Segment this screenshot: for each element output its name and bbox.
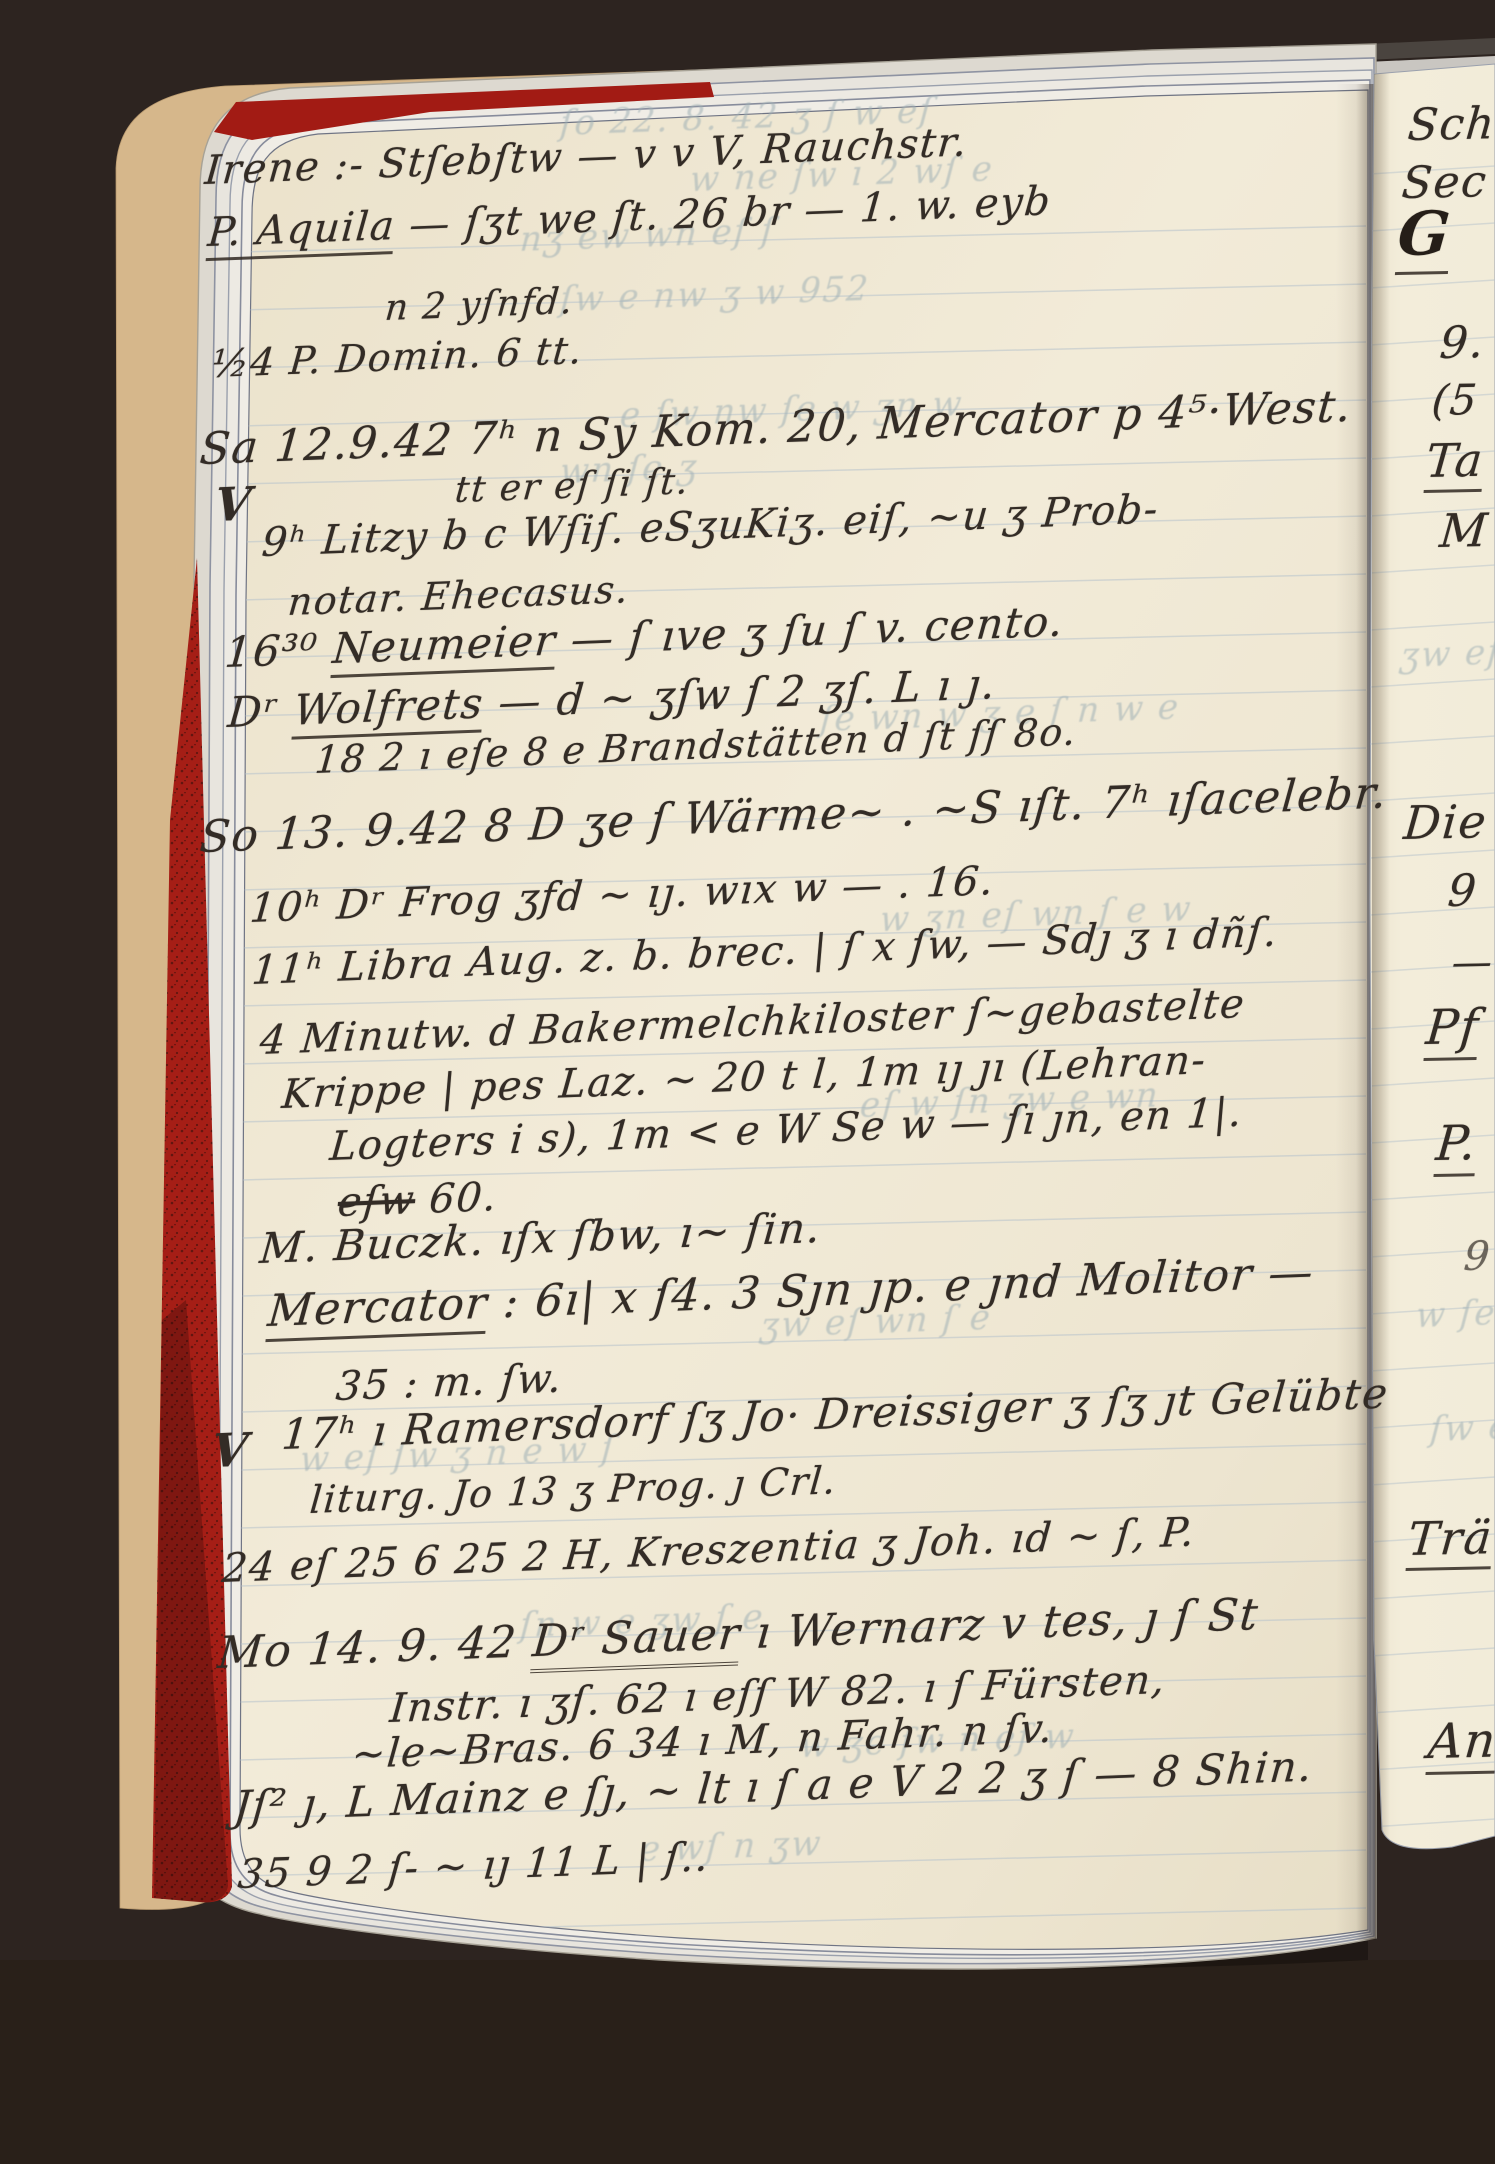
notebook-photograph: ſo 22. 8. 42 ʒ ſ w eſ w ne ſw ı 2 wſ e n… [0, 0, 1495, 2164]
dark-background-bottom [0, 1960, 1495, 2164]
gutter-shadow [1336, 84, 1376, 1940]
right-page-edge-shadow [1372, 66, 1390, 1846]
notebook-photo-artwork [0, 0, 1495, 2164]
left-page-surface [240, 90, 1368, 1949]
